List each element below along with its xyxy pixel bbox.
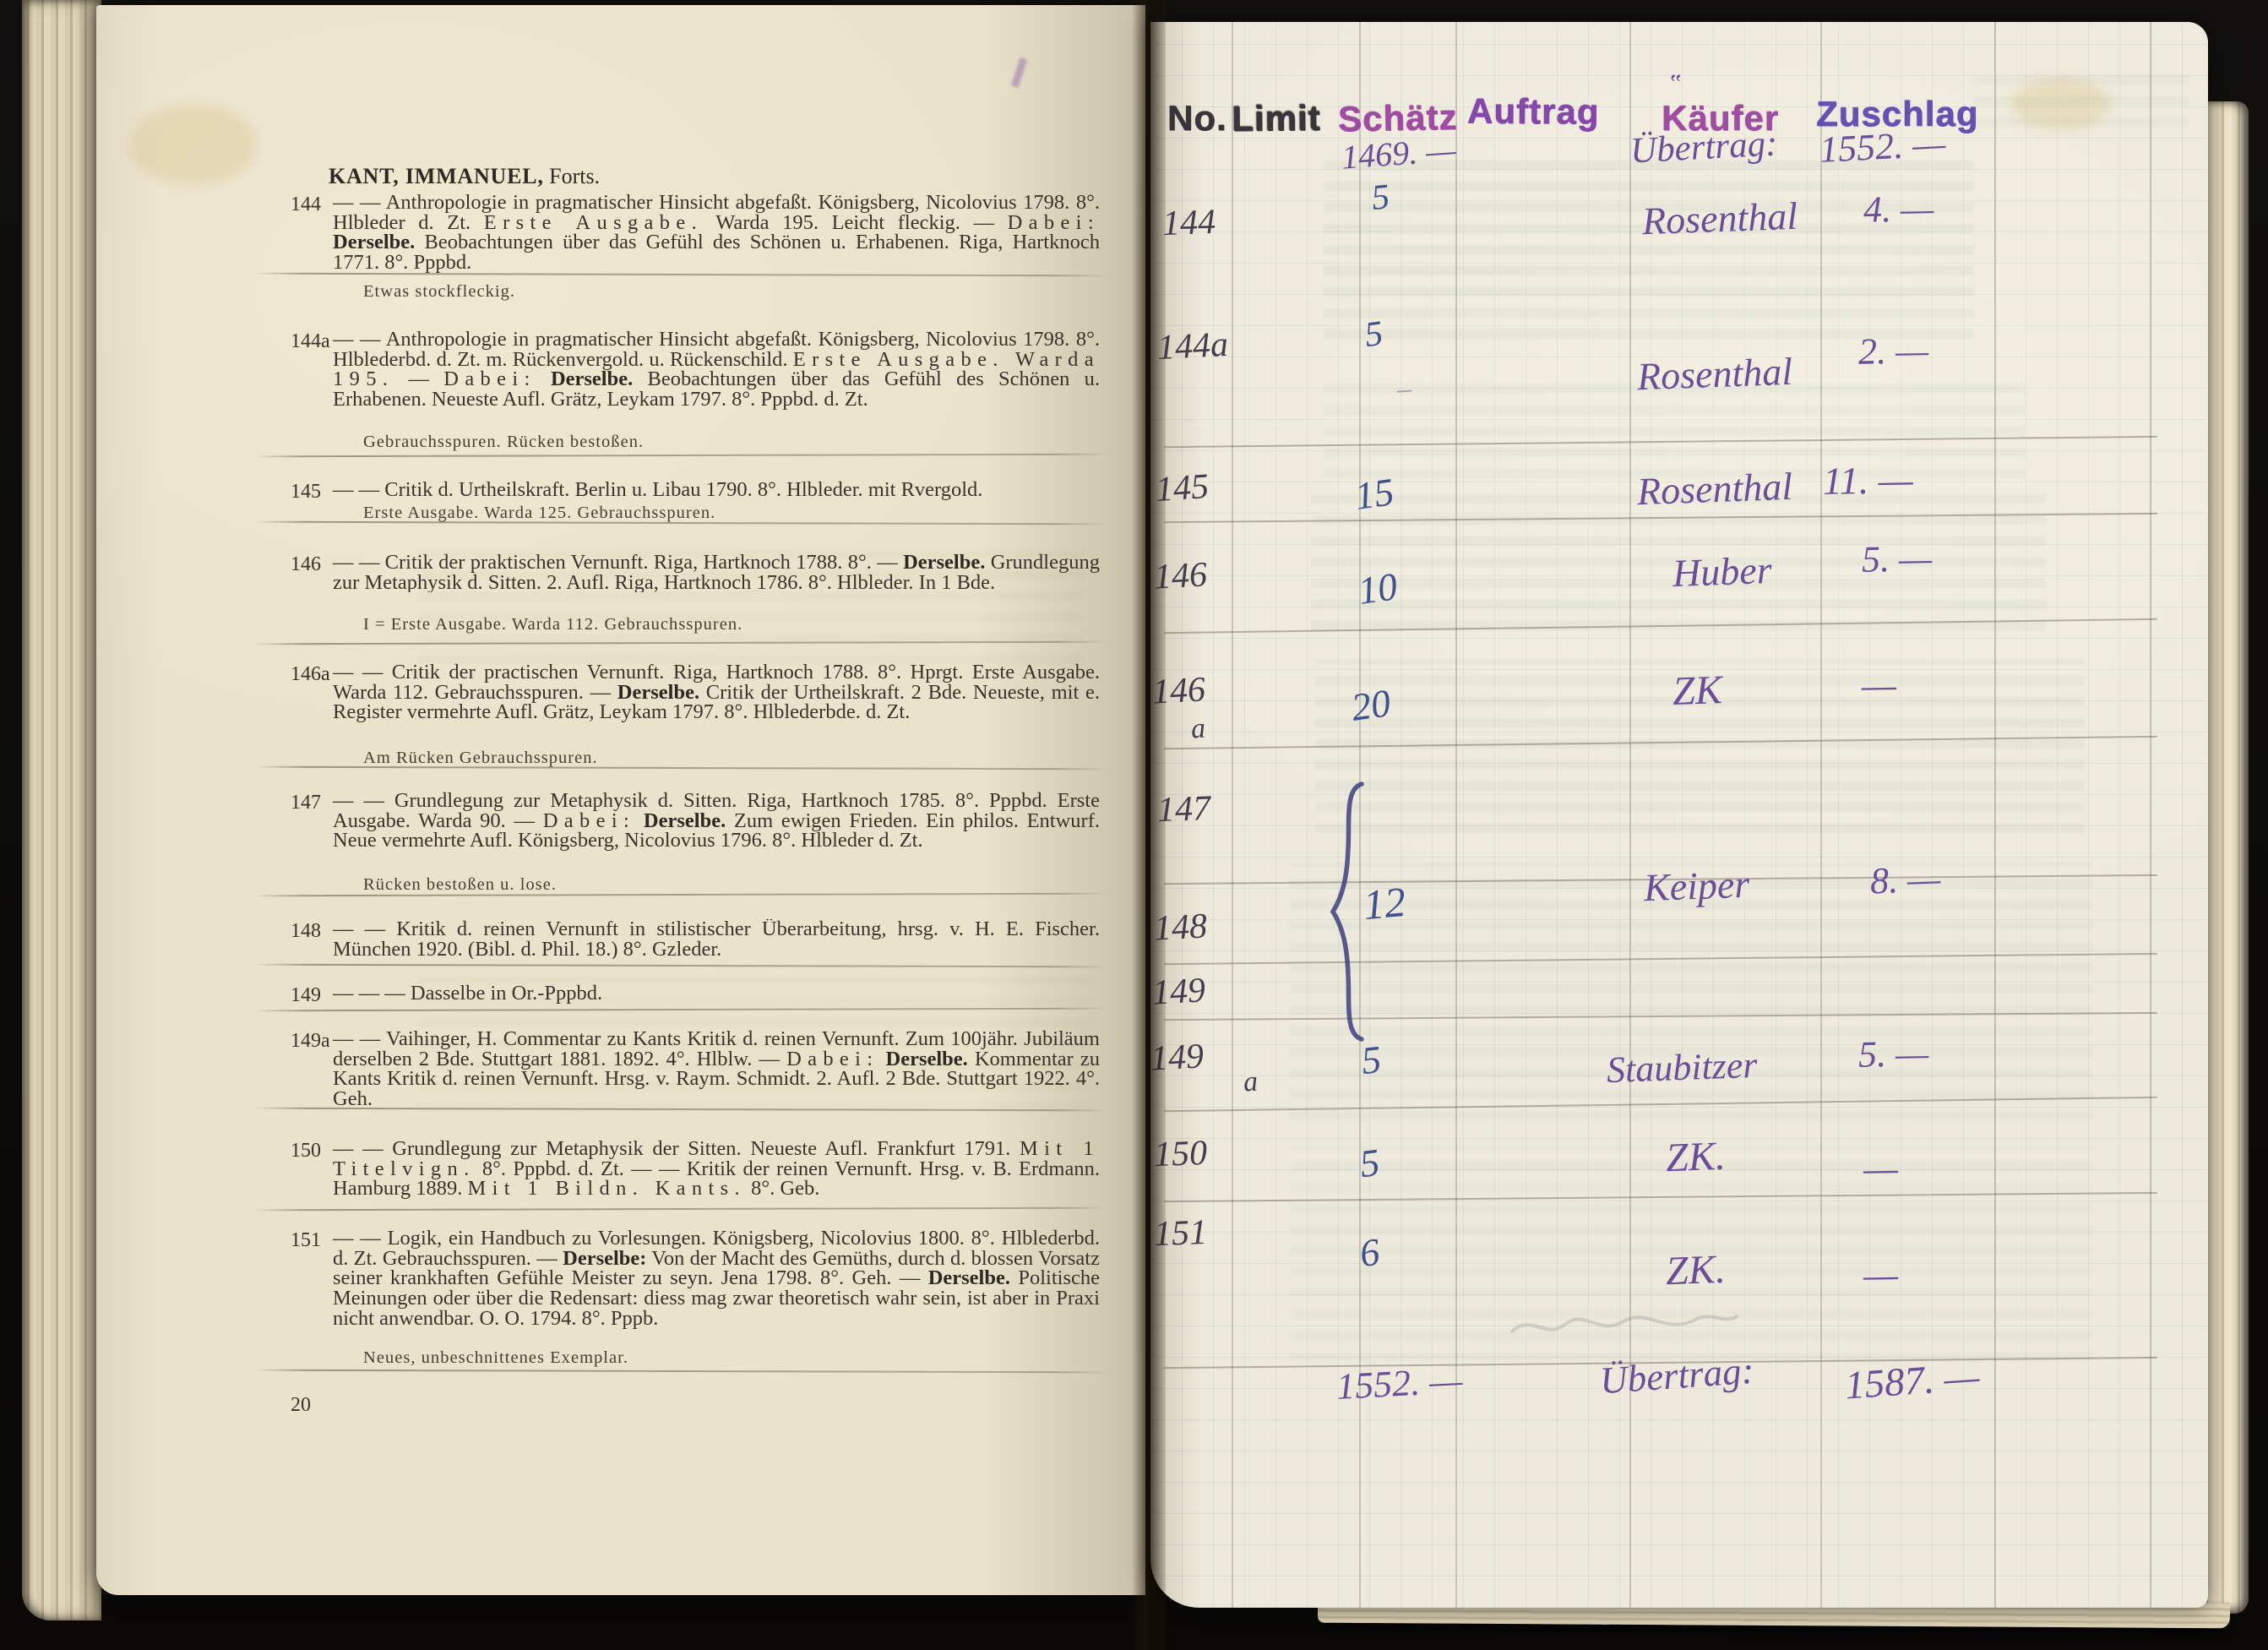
- ledger-no-suffix-146a: a: [1190, 712, 1207, 745]
- catalog-entry-145: 145— — Critik d. Urtheilskraft. Berlin u…: [291, 480, 1103, 500]
- entry-separator-line: [253, 766, 1108, 771]
- ledger-schaetz-150: 5: [1357, 1140, 1382, 1186]
- ledger-kaeufer-146a: ZK: [1672, 667, 1723, 715]
- ledger-no-144: 144: [1161, 202, 1216, 244]
- stray-ink-dash: –: [1396, 373, 1413, 406]
- entry-text: — — Critik der praktischen Vernunft. Rig…: [333, 553, 1100, 592]
- book-spread: KANT, IMMANUEL, Forts. 144— — Anthropolo…: [0, 0, 2268, 1650]
- ink-smudge: [1011, 57, 1028, 88]
- ledger-zuschlag-145: 11. —: [1823, 457, 1913, 504]
- catalog-entry-144: 144— — Anthropologie in pragmatischer Hi…: [291, 193, 1103, 273]
- author-name: KANT, IMMANUEL,: [329, 164, 544, 188]
- entry-separator-line: [253, 964, 1108, 968]
- page-number: 20: [291, 1394, 311, 1417]
- ledger-zuschlag-146a: —: [1862, 662, 1897, 708]
- pencil-row-rule: [1164, 953, 2157, 965]
- carry-top-label: Übertrag:: [1629, 123, 1779, 172]
- ledger-schaetz-145: 15: [1352, 469, 1397, 519]
- catalog-entry-149a: 149a— — Vaihinger, H. Commentar zu Kants…: [291, 1029, 1103, 1109]
- paper-stain: [2012, 78, 2109, 130]
- entry-text: — — — Dasselbe in Or.-Pppbd.: [333, 983, 1100, 1004]
- pencil-scribble: [1505, 1288, 1742, 1355]
- ledger-schaetz-146: 10: [1356, 564, 1401, 613]
- ledger-no-suffix-149a: a: [1243, 1065, 1259, 1098]
- carry-bottom-schaetz: 1552. —: [1335, 1359, 1464, 1408]
- entry-number: 149a: [291, 1030, 330, 1053]
- entry-number: 146: [291, 553, 321, 576]
- paper-stain: [130, 105, 257, 185]
- ledger-no-144a: 144a: [1156, 324, 1229, 368]
- carry-top-schaetz: 1469. —: [1341, 129, 1458, 177]
- entry-text: — — Anthropologie in pragmatischer Hinsi…: [333, 193, 1100, 273]
- ledger-column-rule: [1994, 22, 1996, 1608]
- catalog-entry-144a: 144a— — Anthropologie in pragmatischer H…: [291, 329, 1103, 410]
- section-heading: KANT, IMMANUEL, Forts.: [329, 164, 600, 189]
- entry-separator-line: [253, 1370, 1108, 1374]
- ledger-kaeufer-145: Rosenthal: [1636, 464, 1793, 514]
- ledger-schaetz-144: 5: [1370, 177, 1392, 219]
- catalog-entry-149: 149— — — Dasselbe in Or.-Pppbd.: [291, 983, 1103, 1004]
- entry-text: — — Vaihinger, H. Commentar zu Kants Kri…: [333, 1029, 1100, 1109]
- ledger-schaetz-149a: 5: [1359, 1037, 1383, 1083]
- ledger-zuschlag-144a: 2. —: [1858, 329, 1929, 373]
- book-gutter-shadow: [1132, 0, 1166, 1650]
- entry-text: — — Grundlegung zur Metaphysik der Sitte…: [333, 1139, 1100, 1199]
- ledger-schaetz-151: 6: [1357, 1229, 1382, 1276]
- ledger-kaeufer-144: Rosenthal: [1641, 193, 1798, 243]
- right-page: No. Limit Schätz Auftrag Käufer Zuschlag…: [1150, 22, 2208, 1608]
- catalog-entry-147: 147— — Grundlegung zur Metaphysik d. Sit…: [291, 791, 1103, 851]
- entry-separator-line: [253, 641, 1108, 645]
- catalog-entry-150: 150— — Grundlegung zur Metaphysik der Si…: [291, 1139, 1103, 1199]
- ledger-zuschlag-151: —: [1863, 1252, 1899, 1298]
- page-stack-left-edge: [22, 0, 101, 1620]
- carry-top-amount: 1552. —: [1819, 122, 1947, 172]
- entry-separator-line: [253, 1207, 1108, 1212]
- entry-number: 150: [291, 1140, 321, 1163]
- ledger-group-schaetz: 12: [1362, 877, 1408, 929]
- entry-text: — — Critik der practischen Vernunft. Rig…: [333, 662, 1100, 722]
- ledger-zuschlag-149a: 5. —: [1858, 1032, 1929, 1075]
- ledger-group-kaeufer: Keiper: [1643, 862, 1750, 910]
- ledger-schaetz-144a: 5: [1362, 313, 1385, 356]
- column-header-no: No.: [1167, 98, 1227, 139]
- left-page: KANT, IMMANUEL, Forts. 144— — Anthropolo…: [96, 5, 1145, 1595]
- carry-bottom-label: Übertrag:: [1598, 1348, 1755, 1403]
- entry-note: Neues, unbeschnittenes Exemplar.: [363, 1348, 628, 1368]
- column-header-limit: Limit: [1232, 97, 1321, 139]
- entry-number: 146a: [291, 663, 330, 686]
- ledger-column-rule: [1232, 22, 1233, 1608]
- ledger-zuschlag-150: —: [1863, 1146, 1899, 1191]
- pencil-row-rule: [1164, 1192, 2157, 1202]
- catalog-entry-146a: 146a— — Critik der practischen Vernunft.…: [291, 662, 1103, 722]
- entry-number: 145: [291, 481, 321, 504]
- entry-separator-line: [253, 454, 1108, 458]
- entry-note: Am Rücken Gebrauchsspuren.: [363, 749, 598, 768]
- ledger-column-rule: [2150, 22, 2151, 1608]
- catalog-entry-151: 151— — Logik, ein Handbuch zu Vorlesunge…: [291, 1228, 1103, 1329]
- column-header-auftrag: Auftrag: [1467, 90, 1600, 132]
- entry-number: 151: [291, 1229, 321, 1252]
- pencil-row-rule: [1164, 1097, 2157, 1112]
- entry-number: 148: [291, 920, 321, 943]
- pencil-row-rule: [1164, 513, 2157, 523]
- pencil-row-rule: [1164, 736, 2157, 749]
- ledger-schaetz-146a: 20: [1349, 680, 1394, 730]
- carry-bottom-amount: 1587. —: [1843, 1354, 1981, 1409]
- entry-separator-line: [253, 273, 1108, 277]
- entry-text: — — Grundlegung zur Metaphysik d. Sitten…: [333, 791, 1100, 851]
- pencil-row-rule: [1164, 436, 2157, 448]
- entry-number: 144a: [291, 330, 330, 353]
- catalog-entry-148: 148— — Kritik d. reinen Vernunft in stil…: [291, 919, 1103, 959]
- entry-note: Gebrauchsspuren. Rücken bestoßen.: [363, 433, 644, 452]
- pencil-row-rule: [1164, 1012, 2157, 1021]
- entry-note: Erste Ausgabe. Warda 125. Gebrauchsspure…: [363, 504, 715, 523]
- entry-separator-line: [253, 521, 1108, 525]
- entry-number: 149: [291, 984, 321, 1007]
- entry-text: — — Anthropologie in pragmatischer Hinsi…: [333, 329, 1100, 410]
- ledger-kaeufer-149a: Staubitzer: [1606, 1043, 1758, 1092]
- ledger-column-rule: [1820, 22, 1822, 1608]
- entry-note: Etwas stockfleckig.: [363, 282, 515, 302]
- ledger-kaeufer-146: Huber: [1672, 547, 1772, 596]
- catalog-entry-146: 146— — Critik der praktischen Vernunft. …: [291, 553, 1103, 592]
- ledger-zuschlag-144: 4. —: [1863, 187, 1934, 231]
- bleedthrough-text: [1324, 157, 1974, 339]
- entry-separator-line: [253, 1008, 1108, 1012]
- pencil-row-rule: [1164, 618, 2157, 634]
- heading-continuation: Forts.: [549, 164, 600, 188]
- grouping-brace: [1328, 781, 1368, 1043]
- entry-text: — — Critik d. Urtheilskraft. Berlin u. L…: [333, 480, 1100, 500]
- handwritten-umlaut-mark: ‟: [1667, 69, 1682, 98]
- ledger-zuschlag-146: 5. —: [1862, 536, 1933, 580]
- entry-number: 144: [291, 193, 321, 216]
- ledger-kaeufer-150: ZK.: [1665, 1133, 1727, 1181]
- entry-note: I = Erste Ausgabe. Warda 112. Gebrauchss…: [363, 615, 742, 634]
- entry-number: 147: [291, 792, 321, 814]
- entry-text: — — Kritik d. reinen Vernunft in stilist…: [333, 919, 1100, 959]
- entry-note: Rücken bestoßen u. lose.: [363, 875, 557, 895]
- ledger-group-zuschlag: 8. —: [1869, 858, 1941, 903]
- ledger-kaeufer-144a: Rosenthal: [1636, 349, 1793, 399]
- entry-text: — — Logik, ein Handbuch zu Vorlesungen. …: [333, 1228, 1100, 1329]
